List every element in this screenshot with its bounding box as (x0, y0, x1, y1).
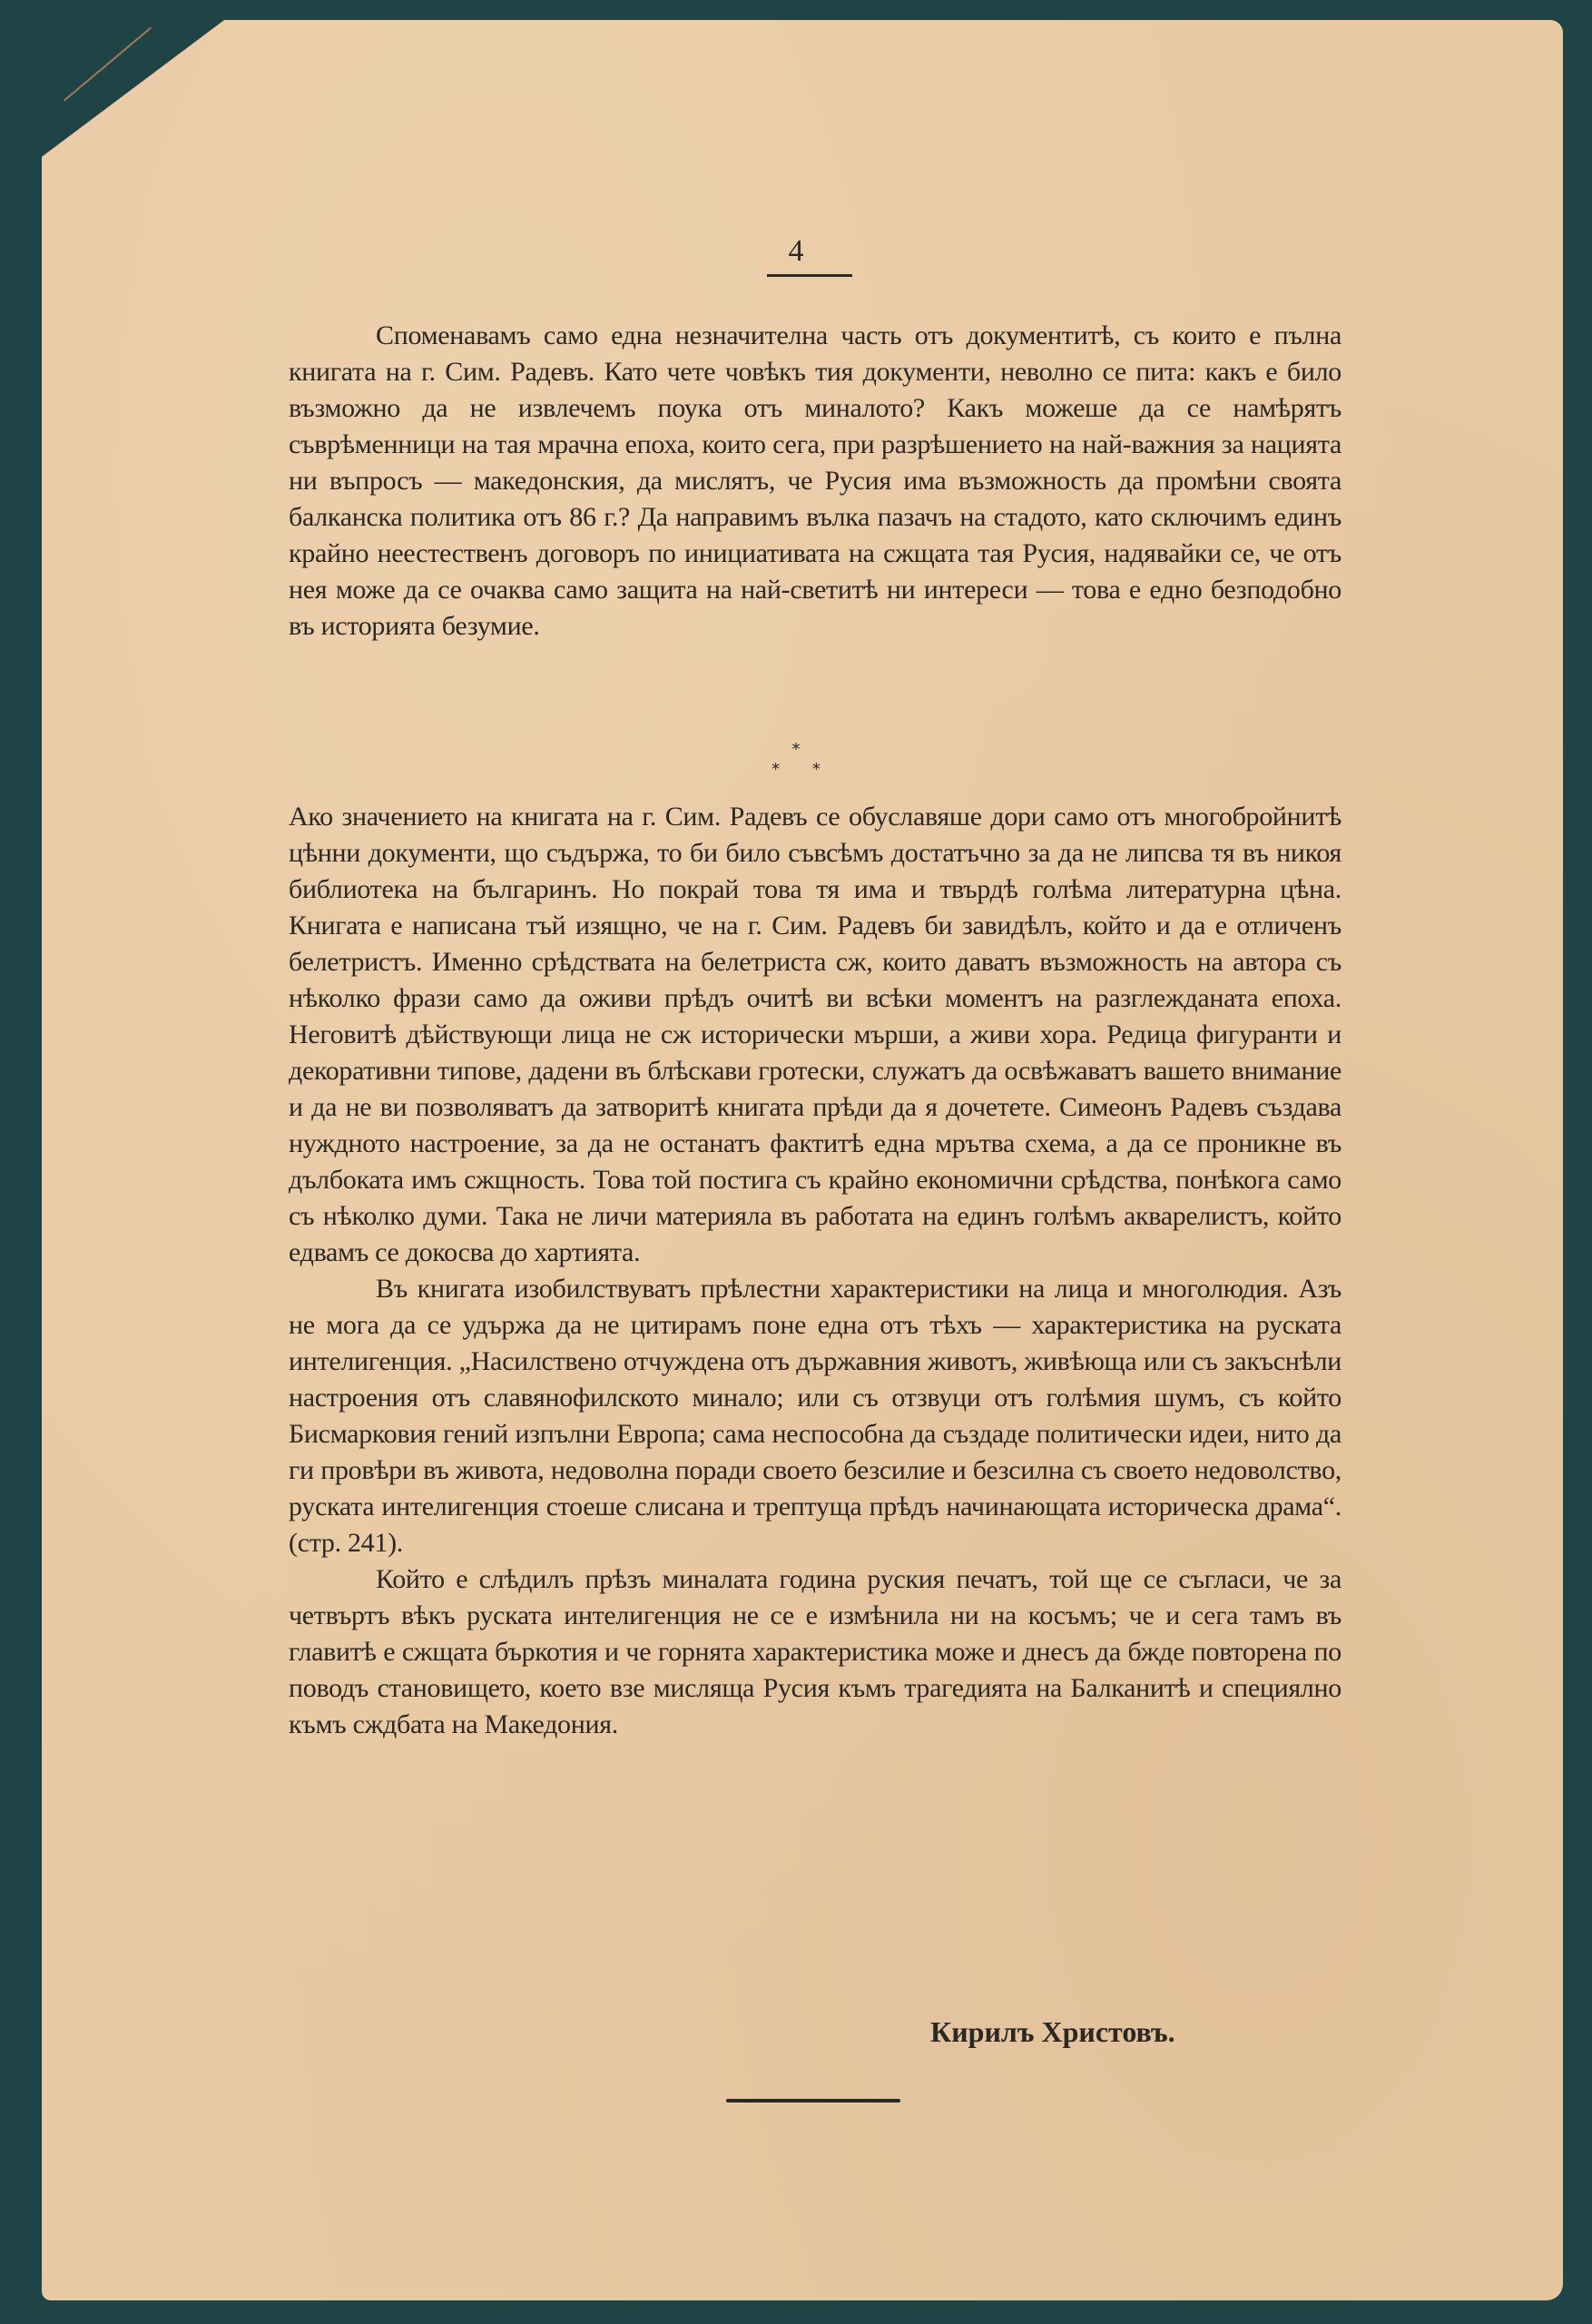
paragraph: Ако значението на книгата на г. Сим. Рад… (289, 799, 1341, 1271)
section-2: Ако значението на книгата на г. Сим. Рад… (289, 799, 1341, 1743)
author-signature: Кирилъ Христовъ. (930, 2015, 1175, 2049)
asterism-divider: * * * (0, 740, 1592, 780)
paragraph: Въ книгата изобилствуватъ прѣлестни хара… (289, 1271, 1341, 1561)
asterism-top-star: * (0, 740, 1592, 760)
paragraph: Който е слѣдилъ прѣзъ миналата година ру… (289, 1561, 1341, 1743)
paragraph: Споменавамъ само една незначителна часть… (289, 318, 1341, 645)
asterism-bottom-stars: * * (0, 760, 1592, 780)
end-rule (726, 2099, 900, 2102)
page-number: 4 (0, 234, 1592, 269)
page-number-underline (767, 274, 852, 277)
section-1: Споменавамъ само една незначителна часть… (289, 318, 1341, 645)
